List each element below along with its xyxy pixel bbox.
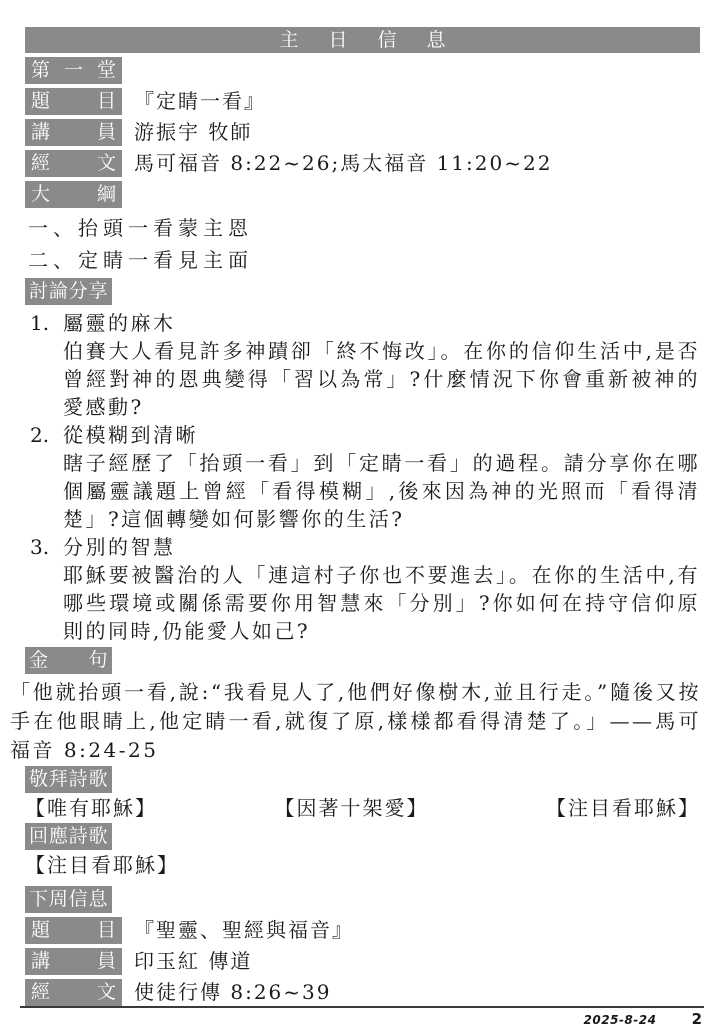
session-label: 第一堂	[25, 57, 122, 84]
worship-songs-label: 敬拜詩歌	[25, 766, 112, 793]
topic-value: 『定睛一看』	[122, 88, 266, 115]
discussion-item: 3. 分別的智慧 耶穌要被醫治的人「連這村子你也不要進去」。在你的生活中,有哪些…	[25, 533, 700, 645]
outline-item: 一、抬頭一看蒙主恩	[25, 212, 700, 244]
next-week-topic-value: 『聖靈、聖經與福音』	[122, 917, 354, 944]
next-week-label: 下周信息	[25, 886, 112, 913]
speaker-row: 講員 游振宇 牧師	[25, 119, 700, 146]
item-body: 伯賽大人看見許多神蹟卻「終不悔改」。在你的信仰生活中,是否曾經對神的恩典變得「習…	[63, 337, 700, 421]
scripture-label: 經文	[25, 150, 122, 177]
page-title: 主日信息	[25, 27, 700, 53]
speaker-value: 游振宇 牧師	[122, 119, 252, 146]
next-week-topic-row: 題目 『聖靈、聖經與福音』	[25, 917, 700, 944]
next-week-scripture-label: 經文	[25, 979, 122, 1006]
discussion-label: 討論分享	[25, 278, 112, 305]
outline-item: 二、定睛一看見主面	[25, 244, 700, 276]
worship-songs-list: 【唯有耶穌】 【因著十架愛】 【注目看耶穌】	[25, 797, 700, 819]
next-week-speaker-label: 講員	[25, 948, 122, 975]
topic-label: 題目	[25, 88, 122, 115]
response-song-list: 【注目看耶穌】	[25, 854, 700, 876]
topic-row: 題目 『定睛一看』	[25, 88, 700, 115]
item-number: 3.	[25, 533, 63, 561]
outline-label: 大綱	[25, 181, 122, 208]
item-title: 從模糊到清晰	[63, 421, 198, 449]
next-week-scripture-value: 使徒行傳 8:26~39	[122, 979, 331, 1006]
item-title: 分別的智慧	[63, 533, 176, 561]
scripture-value: 馬可福音 8:22~26;馬太福音 11:20~22	[122, 150, 552, 177]
next-week-scripture-row: 經文 使徒行傳 8:26~39	[25, 979, 700, 1006]
footer-page-number: 2	[692, 1010, 702, 1024]
page-footer: 2025-8-24 2	[20, 1006, 704, 1024]
response-song-label: 回應詩歌	[25, 823, 112, 850]
next-week-topic-label: 題目	[25, 917, 122, 944]
item-number: 1.	[25, 309, 63, 337]
song-title: 【注目看耶穌】	[546, 797, 700, 819]
item-body: 瞎子經歷了「抬頭一看」到「定睛一看」的過程。請分享你在哪個屬靈議題上曾經「看得模…	[63, 449, 700, 533]
next-week-speaker-value: 印玉紅 傳道	[122, 948, 252, 975]
song-title: 【唯有耶穌】	[25, 797, 157, 819]
bulletin-page: 主日信息 第一堂 題目 『定睛一看』 講員 游振宇 牧師 經文 馬可福音 8:2…	[0, 0, 724, 1024]
golden-verse-label: 金句	[25, 647, 112, 674]
discussion-list: 1. 屬靈的麻木 伯賽大人看見許多神蹟卻「終不悔改」。在你的信仰生活中,是否曾經…	[25, 309, 700, 645]
golden-verse-text: 「他就抬頭一看,說:“我看見人了,他們好像樹木,並且行走。”隨後又按手在他眼睛上…	[10, 678, 701, 765]
song-title: 【因著十架愛】	[275, 797, 429, 819]
discussion-item: 1. 屬靈的麻木 伯賽大人看見許多神蹟卻「終不悔改」。在你的信仰生活中,是否曾經…	[25, 309, 700, 421]
speaker-label: 講員	[25, 119, 122, 146]
scripture-row: 經文 馬可福音 8:22~26;馬太福音 11:20~22	[25, 150, 700, 177]
outline-list: 一、抬頭一看蒙主恩 二、定睛一看見主面	[25, 212, 700, 276]
footer-date: 2025-8-24	[584, 1013, 657, 1024]
next-week-speaker-row: 講員 印玉紅 傳道	[25, 948, 700, 975]
item-number: 2.	[25, 421, 63, 449]
item-body: 耶穌要被醫治的人「連這村子你也不要進去」。在你的生活中,有哪些環境或關係需要你用…	[63, 561, 700, 645]
discussion-item: 2. 從模糊到清晰 瞎子經歷了「抬頭一看」到「定睛一看」的過程。請分享你在哪個屬…	[25, 421, 700, 533]
song-title: 【注目看耶穌】	[25, 854, 179, 876]
item-title: 屬靈的麻木	[63, 309, 176, 337]
